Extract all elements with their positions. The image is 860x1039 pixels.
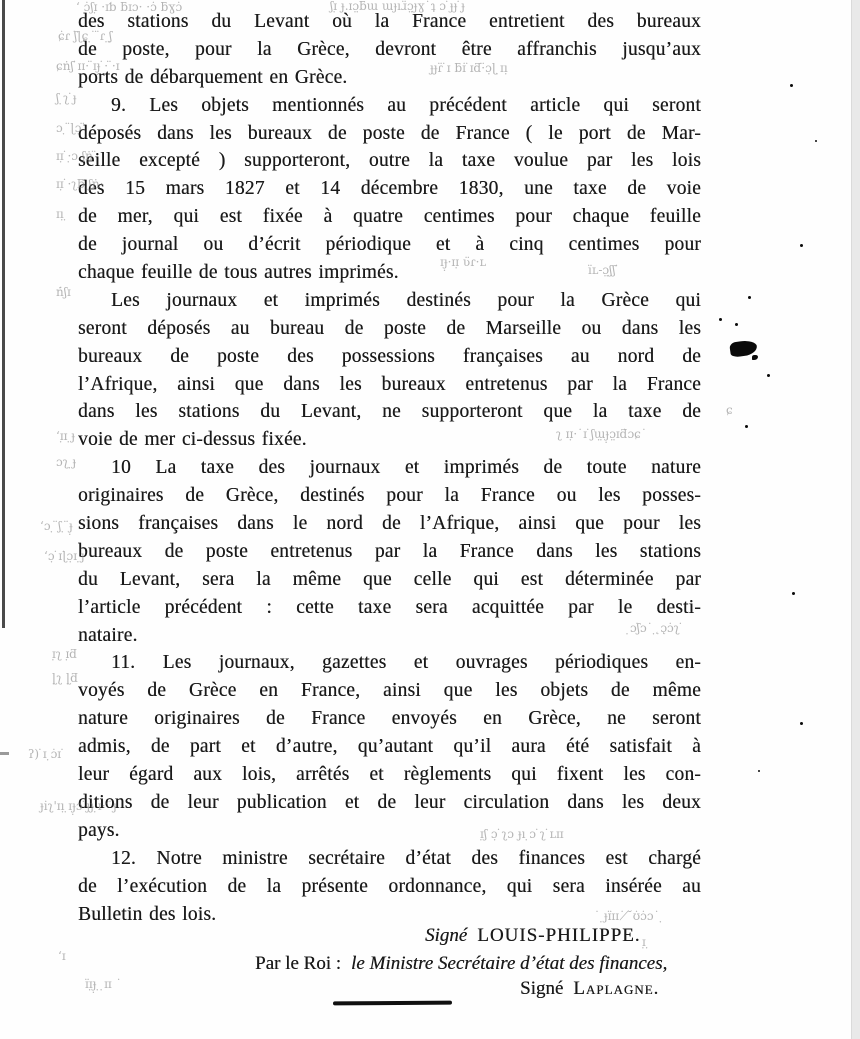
signature-line-king: SignéLOUIS-PHILIPPE.	[425, 925, 641, 947]
text-line: des 15 mars 1827 et 14 décembre 1830, un…	[78, 175, 701, 203]
ink-speck	[815, 140, 817, 142]
bleed-through-mark: ɪ̣ ̣	[642, 936, 650, 948]
text-line: des stations du Levant où la France entr…	[78, 8, 701, 36]
bleed-through-mark: ɔʅ ̣ɟ	[56, 456, 76, 468]
text-line: 10 La taxe des journaux et imprimés de t…	[78, 454, 701, 482]
text-line: l’Afrique, ainsi que dans les bureaux en…	[78, 371, 701, 399]
signe-label: Signé	[520, 978, 563, 999]
text-line: nataire.	[78, 622, 701, 650]
text-line: 12. Notre ministre secrétaire d’état des…	[78, 845, 701, 873]
bleed-through-mark: ʻɪ	[58, 950, 66, 962]
text-line: ditions de leur publication et de leur c…	[78, 789, 701, 817]
bleed-through-mark: ʃ ̣ʅ ̇ɟ	[56, 92, 77, 104]
ink-speck	[790, 84, 793, 87]
ink-speck	[800, 244, 803, 247]
scanned-document-page: des stations du Levant où la France entr…	[0, 0, 860, 1039]
text-line: de poste, pour la Grèce, devront être af…	[78, 36, 701, 64]
text-line: 9. Les objets mentionnés au précédent ar…	[78, 92, 701, 120]
text-line: originaires de Grèce, destinés pour la F…	[78, 482, 701, 510]
bleed-through-mark: ɭ̣ʅ ɭ̣ƌ	[52, 672, 78, 684]
ink-blot-tail	[752, 355, 758, 360]
text-line: du Levant, sera la même que celle qui es…	[78, 566, 701, 594]
text-line: ports de débarquement en Grèce.	[78, 64, 701, 92]
bleed-through-mark: ɕ	[726, 404, 733, 416]
text-line: admis, de part et d’autre, qu’autant qu’…	[78, 733, 701, 761]
signature-line-minister: SignéLaplagne.	[520, 978, 659, 1000]
text-line: sions françaises dans le nord de l’Afriq…	[78, 510, 701, 538]
bleed-through-mark: ɪ̣ʅ ɪ̣ƌ	[52, 648, 77, 660]
bleed-through-mark: ʻɔ ̣ ̈ʃ ̣ ̈ɟ̣	[40, 520, 73, 532]
ink-speck	[735, 323, 738, 326]
signe-label: Signé	[425, 925, 467, 946]
minister-title: le Ministre Secrétaire d’état des financ…	[351, 953, 667, 974]
page-edge-tick	[0, 752, 9, 755]
text-line: voie de mer ci-dessus fixée.	[78, 426, 701, 454]
ink-speck	[792, 592, 795, 595]
bleed-through-mark: ɪ̈ɪ̣ɟ̣ ̣ ̣ɪɪ ˙	[85, 978, 122, 990]
text-line: seille excepté ) supporteront, outre la …	[78, 147, 701, 175]
bleed-through-mark: ṅ̇ʃɪ	[56, 286, 71, 298]
text-line: nature originaires de France envoyés en …	[78, 705, 701, 733]
text-line: 11. Les journaux, gazettes et ouvrages p…	[78, 649, 701, 677]
text-line: pays.	[78, 817, 701, 845]
text-line: déposés dans les bureaux de poste de Fra…	[78, 120, 701, 148]
king-name: LOUIS-PHILIPPE.	[477, 925, 640, 946]
text-line: seront déposés au bureau de poste de Mar…	[78, 315, 701, 343]
text-line: bureaux de poste des possessions françai…	[78, 343, 701, 371]
text-line: de mer, qui est fixée à quatre centimes …	[78, 203, 701, 231]
text-line: Les journaux et imprimés destinés pour l…	[78, 287, 701, 315]
text-line: l’article précédent : cette taxe sera ac…	[78, 594, 701, 622]
closing-rule	[333, 1001, 452, 1006]
ink-speck	[748, 296, 751, 299]
page-edge-line	[2, 0, 5, 628]
text-line: leur égard aux lois, arrêtés et règlemen…	[78, 761, 701, 789]
text-line: voyés de Grèce en France, ainsi que les …	[78, 677, 701, 705]
par-le-roi-label: Par le Roi :	[255, 953, 341, 974]
text-line: dans les stations du Levant, ne supporte…	[78, 398, 701, 426]
scan-edge-strip	[851, 0, 860, 1039]
ink-speck	[767, 374, 770, 377]
text-line: de journal ou d’écrit périodique et à ci…	[78, 231, 701, 259]
minister-name: Laplagne.	[573, 978, 659, 999]
ink-speck	[745, 425, 748, 428]
ink-speck	[800, 722, 803, 725]
text-line: chaque feuille de tous autres imprimés.	[78, 259, 701, 287]
bleed-through-mark: ɪı̣ ̣	[56, 208, 68, 220]
ordinance-text: des stations du Levant où la France entr…	[78, 8, 701, 928]
bleed-through-mark: ʔ) ̇ɪ ̣ɔ̇ɪ ̇	[28, 748, 65, 760]
text-line: bureaux de poste entretenus par la Franc…	[78, 538, 701, 566]
signature-line-countersign: Par le Roi :le Ministre Secrétaire d’éta…	[255, 953, 667, 975]
bleed-through-mark: ʻɪ̣ɪ ̣ɟ	[56, 430, 75, 442]
ink-speck	[758, 770, 760, 772]
ink-speck	[719, 318, 722, 321]
text-line: de l’exécution de la présente ordonnance…	[78, 873, 701, 901]
